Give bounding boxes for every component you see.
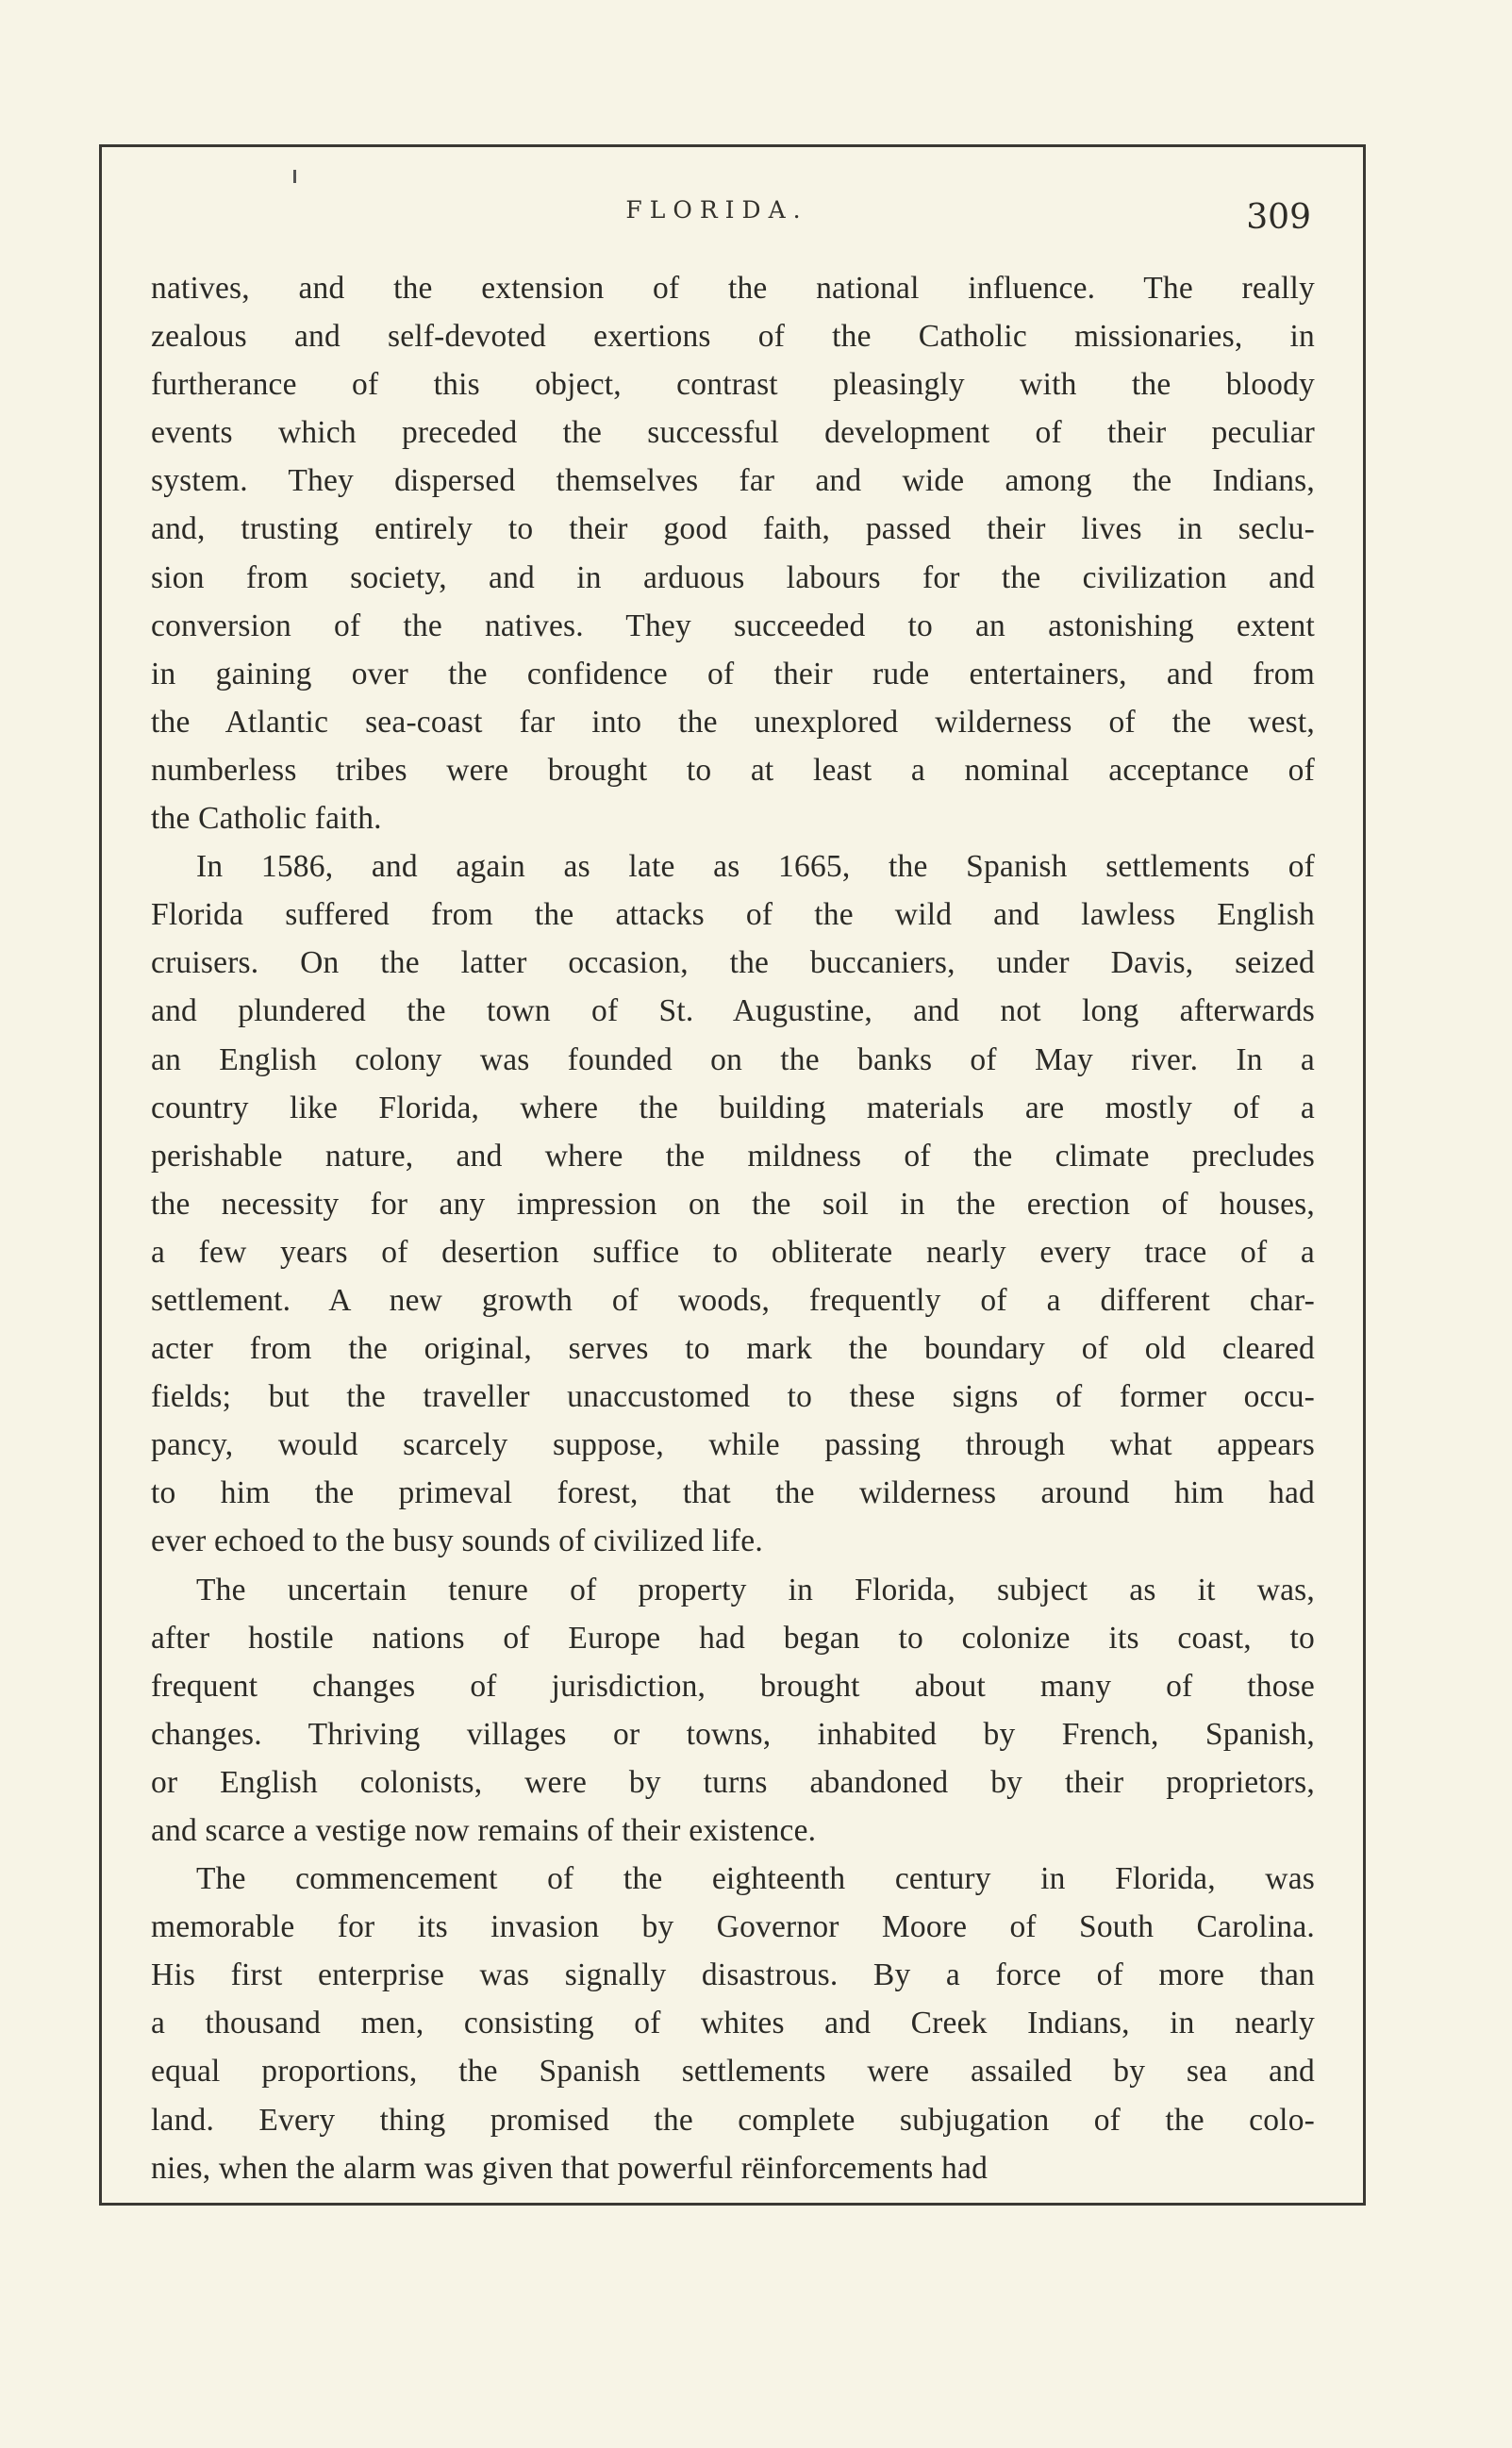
text-line: or English colonists, were by turns aban… [151, 1758, 1315, 1807]
text-line: events which preceded the successful dev… [151, 408, 1315, 457]
page-header: FLORIDA. 309 [132, 189, 1302, 245]
text-line: furtherance of this object, contrast ple… [151, 360, 1315, 408]
text-line: sion from society, and in arduous labour… [151, 554, 1315, 602]
paragraph: natives, and the extension of the nation… [151, 264, 1315, 842]
text-line: pancy, would scarcely suppose, while pas… [151, 1421, 1315, 1469]
text-line: cruisers. On the latter occasion, the bu… [151, 939, 1315, 987]
text-line: numberless tribes were brought to at lea… [151, 746, 1315, 794]
paragraph: The commencement of the eighteenth centu… [151, 1855, 1315, 2192]
text-line: changes. Thriving villages or towns, inh… [151, 1710, 1315, 1758]
text-line: the Catholic faith. [151, 794, 1315, 842]
text-line: the Atlantic sea-coast far into the unex… [151, 698, 1315, 746]
text-line: ever echoed to the busy sounds of civili… [151, 1517, 1315, 1565]
page-number: 309 [1246, 198, 1311, 237]
text-line: to him the primeval forest, that the wil… [151, 1469, 1315, 1517]
text-line: and scarce a vestige now remains of thei… [151, 1807, 1315, 1855]
text-line: land. Every thing promised the complete … [151, 2096, 1315, 2144]
text-line: fields; but the traveller unaccustomed t… [151, 1373, 1315, 1421]
text-line: memorable for its invasion by Governor M… [151, 1903, 1315, 1951]
text-line: zealous and self-devoted exertions of th… [151, 312, 1315, 360]
text-line: the necessity for any impression on the … [151, 1180, 1315, 1228]
text-line: in gaining over the confidence of their … [151, 650, 1315, 698]
text-line: nies, when the alarm was given that powe… [151, 2144, 1315, 2192]
text-line: acter from the original, serves to mark … [151, 1324, 1315, 1373]
text-line: perishable nature, and where the mildnes… [151, 1132, 1315, 1180]
text-line: The commencement of the eighteenth centu… [151, 1855, 1315, 1903]
text-line: an English colony was founded on the ban… [151, 1036, 1315, 1084]
text-line: settlement. A new growth of woods, frequ… [151, 1276, 1315, 1324]
text-line: In 1586, and again as late as 1665, the … [151, 842, 1315, 891]
text-line: system. They dispersed themselves far an… [151, 457, 1315, 505]
paragraph: The uncertain tenure of property in Flor… [151, 1566, 1315, 1856]
text-line: after hostile nations of Europe had bega… [151, 1614, 1315, 1662]
text-line: equal proportions, the Spanish settlemen… [151, 2047, 1315, 2095]
text-line: frequent changes of jurisdiction, brough… [151, 1662, 1315, 1710]
text-line: Florida suffered from the attacks of the… [151, 891, 1315, 939]
text-line: conversion of the natives. They succeede… [151, 602, 1315, 650]
text-line: a thousand men, consisting of whites and… [151, 1999, 1315, 2047]
text-line: His first enterprise was signally disast… [151, 1951, 1315, 1999]
running-head: FLORIDA. [132, 196, 1302, 224]
body-text: natives, and the extension of the nation… [151, 264, 1315, 2192]
text-line: a few years of desertion suffice to obli… [151, 1228, 1315, 1276]
paragraph: In 1586, and again as late as 1665, the … [151, 842, 1315, 1565]
text-line: and plundered the town of St. Augustine,… [151, 987, 1315, 1035]
text-line: natives, and the extension of the nation… [151, 264, 1315, 312]
text-line: country like Florida, where the building… [151, 1084, 1315, 1132]
text-line: The uncertain tenure of property in Flor… [151, 1566, 1315, 1614]
text-line: and, trusting entirely to their good fai… [151, 505, 1315, 553]
ink-speck [293, 170, 296, 183]
